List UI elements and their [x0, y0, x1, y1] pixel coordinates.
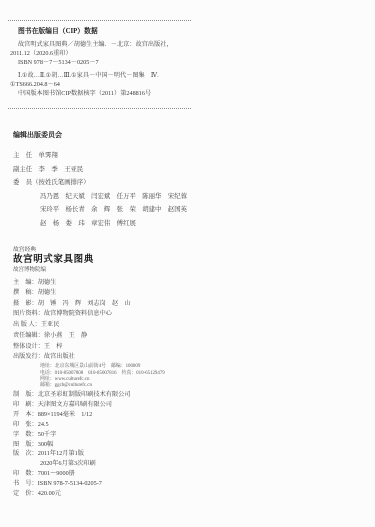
design-line: 整体设计：王 梓 — [13, 342, 253, 353]
format-line: 开 本：889×1194毫米 1/12 — [13, 410, 253, 420]
sheets-line: 印 张：24.5 — [13, 420, 253, 430]
publisher-line: 出版发行：故宫出版社 — [13, 352, 253, 363]
responsible-editor-line: 责任编辑：徐小燕 王 静 — [13, 331, 253, 342]
printing-block: 制 版：北京圣彩虹制版印刷技术有限公司 印 刷：天津图文方嘉印刷有限公司 开 本… — [13, 390, 253, 499]
price-line: 定 价：420.00元 — [13, 489, 253, 499]
cip-block: 图书在版编目（CIP）数据 故宫明式家具图典／胡德生主编．－北京：故宫出版社， … — [8, 20, 191, 109]
committee-deputy-row: 副主任 李 季 王亚民 — [13, 163, 213, 177]
committee-member-row: 宋玲平 杨长青 余 辉 张 荣 胡建中 赵国英 — [13, 203, 213, 217]
book-title: 故宫明式家具图典 — [13, 255, 233, 266]
cip-record-number: 中国版本图书馆CIP数据核字（2011）第248816号 — [8, 90, 191, 99]
chief-editor-line: 主 编：胡德生 — [13, 278, 233, 288]
book-info-block: 故宫经典 故宫明式家具图典 故宫博物院编 主 编：胡德生 撰 稿：胡德生 摄 影… — [13, 247, 233, 320]
committee-members-label: 委 员（按姓氏笔画排序） — [13, 176, 213, 190]
photography-line: 摄 影：胡 锤 冯 辉 刘志岗 赵 山 — [13, 299, 233, 309]
cip-isbn-line: ISBN 978－7－5134－0205－7 — [8, 59, 191, 68]
committee-member-row: 冯乃恩 纪天斌 闫宏斌 任万平 陈丽华 宋纪蓉 — [13, 190, 213, 204]
edition-line-2: 2020年6月第3次印刷 — [13, 459, 253, 469]
committee-member-row: 赵 杨 娄 玮 章宏伟 傅红展 — [13, 217, 213, 231]
book-credit-rows: 主 编：胡德生 撰 稿：胡德生 摄 影：胡 锤 冯 辉 刘志岗 赵 山 图片资料… — [13, 278, 233, 320]
author-line: 撰 稿：胡德生 — [13, 288, 233, 298]
publisher-person-line: 出 版 人：王亚民 — [13, 320, 253, 331]
print-run-line: 印 数：7001～9000册 — [13, 469, 253, 479]
cip-classification-line-2: ①TS666.204.8－64 — [8, 81, 191, 90]
copyright-page: 图书在版编目（CIP）数据 故宫明式家具图典／胡德生主编．－北京：故宫出版社， … — [0, 0, 375, 527]
committee-director-row: 主 任 单霁翔 — [13, 149, 213, 163]
cip-entry-line-1: 故宫明式家具图典／胡德生主编．－北京：故宫出版社， — [8, 41, 191, 50]
plate-making-line: 制 版：北京圣彩虹制版印刷技术有限公司 — [13, 390, 253, 400]
committee-rows: 主 任 单霁翔 副主任 李 季 王亚民 委 员（按姓氏笔画排序） 冯乃恩 纪天斌… — [13, 149, 213, 231]
cip-entry-line-2: 2011.12（2020.6重印） — [8, 50, 191, 59]
book-number-line: 书 号：ISBN 978-7-5134-0205-7 — [13, 479, 253, 489]
committee-heading: 编辑出版委员会 — [13, 131, 213, 140]
image-source-line: 图片资料：故宫博物院资料信息中心 — [13, 309, 233, 319]
publisher-contact-block: 地址：北京东城区景山前街4号 邮编：100009 电话：010-85007808… — [40, 364, 253, 390]
email-line: 邮箱：ggcb@culturefc.cn — [40, 383, 253, 389]
editing-organization: 故宫博物院编 — [13, 267, 233, 274]
word-count-line: 字 数：50千字 — [13, 430, 253, 440]
cip-title: 图书在版编目（CIP）数据 — [8, 27, 191, 36]
plate-count-line: 图 版：300幅 — [13, 440, 253, 450]
printer-line: 印 刷：天津图文方嘉印刷有限公司 — [13, 400, 253, 410]
publication-block: 出 版 人：王亚民 责任编辑：徐小燕 王 静 整体设计：王 梓 出版发行：故宫出… — [13, 320, 253, 390]
series-name: 故宫经典 — [13, 247, 233, 254]
edition-line-1: 版 次：2011年12月第1版 — [13, 449, 253, 459]
cip-classification-line-1: Ⅰ.①故…Ⅱ.①胡…Ⅲ.①家具－中国－明代－图集 Ⅳ. — [8, 72, 191, 81]
editorial-committee-block: 编辑出版委员会 主 任 单霁翔 副主任 李 季 王亚民 委 员（按姓氏笔画排序）… — [13, 131, 213, 231]
